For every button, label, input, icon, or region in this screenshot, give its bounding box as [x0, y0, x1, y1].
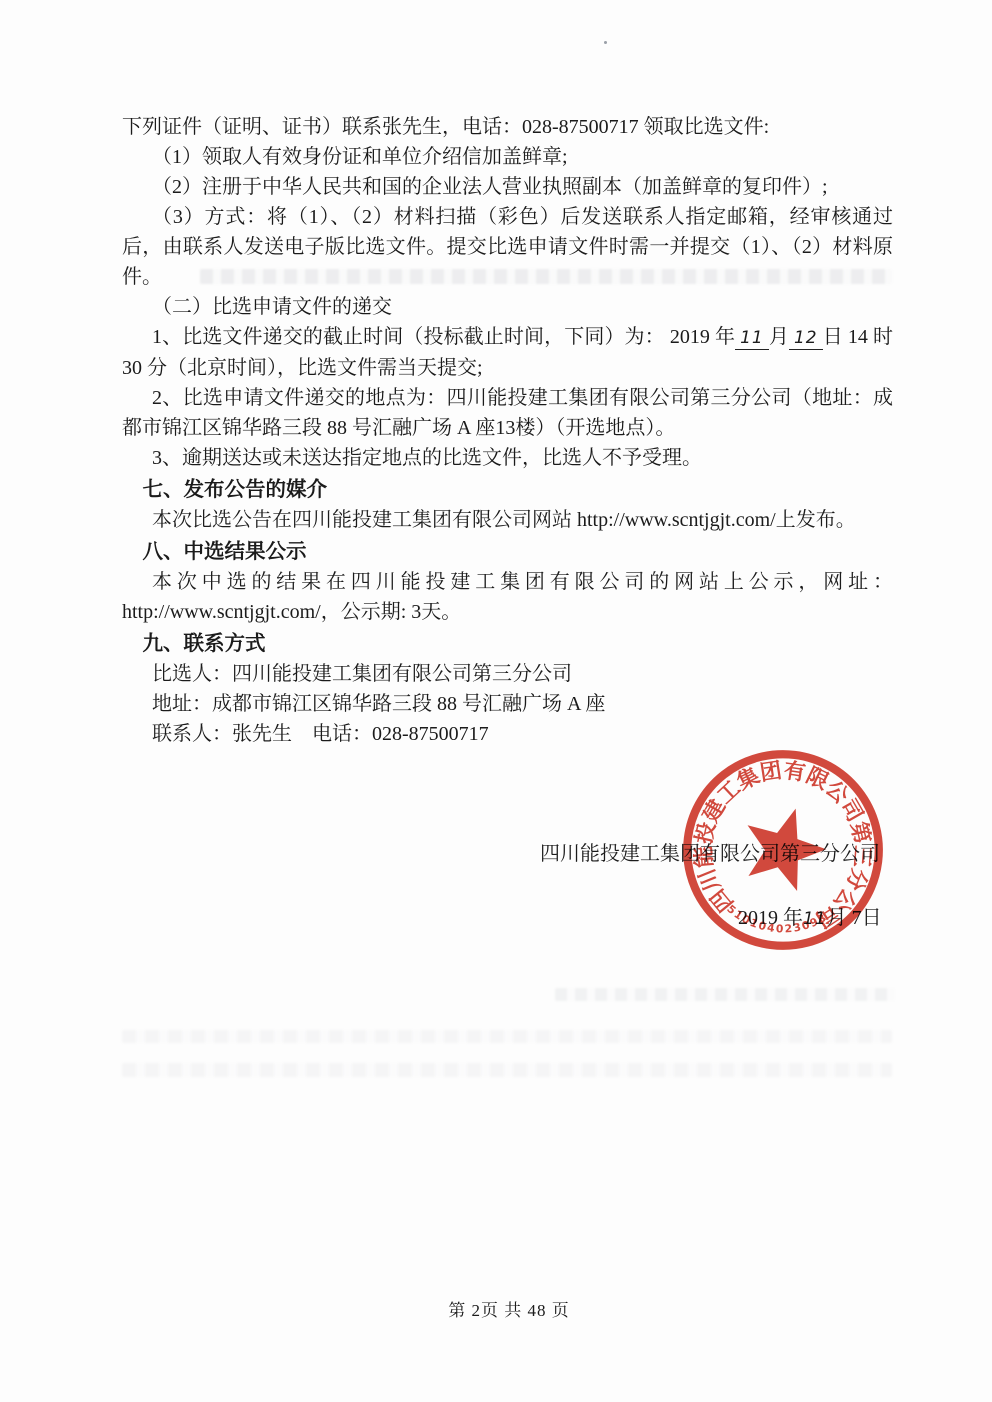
company-seal-stamp: 四川能投建工集团有限公司第三分公司 5101040230932: [680, 747, 886, 953]
list-item-certificate-1: （1）领取人有效身份证和单位介绍信加盖鲜章;: [122, 142, 893, 172]
list-item-certificate-2: （2）注册于中华人民共和国的企业法人营业执照副本（加盖鲜章的复印件）;: [122, 172, 893, 202]
paragraph-location: 2、比选申请文件递交的地点为：四川能投建工集团有限公司第三分公司（地址：成都市锦…: [122, 383, 893, 443]
section-8-body: 本次中选的结果在四川能投建工集团有限公司的网站上公示，网址：http://www…: [122, 567, 893, 627]
scan-bleedthrough-artifact: [122, 1063, 892, 1077]
paragraph-overdue: 3、逾期送达或未送达指定地点的比选文件，比选人不予受理。: [122, 443, 893, 473]
heading-section-8: 八、中选结果公示: [122, 537, 893, 567]
heading-section-9: 九、联系方式: [122, 629, 893, 659]
handwritten-day-value: 12: [789, 328, 823, 350]
contact-person-line: 联系人：张先生 电话：028-87500717: [122, 719, 893, 749]
scan-bleedthrough-artifact: [122, 1030, 892, 1043]
paragraph-deadline: 1、比选文件递交的截止时间（投标截止时间，下同）为： 2019 年11月12日 …: [122, 322, 893, 383]
contact-bidder-line: 比选人：四川能投建工集团有限公司第三分公司: [122, 659, 893, 689]
subsection-heading-submission: （二）比选申请文件的递交: [122, 292, 893, 322]
document-body: 下列证件（证明、证书）联系张先生，电话：028-87500717 领取比选文件:…: [122, 112, 893, 749]
scan-bleedthrough-artifact: [200, 269, 892, 284]
section-7-body: 本次比选公告在四川能投建工集团有限公司网站 http://www.scntjgj…: [122, 505, 893, 535]
deadline-text-mid: 月: [769, 326, 789, 348]
deadline-text-pre: 1、比选文件递交的截止时间（投标截止时间，下同）为： 2019 年: [152, 326, 735, 348]
scan-speck: [604, 41, 607, 44]
handwritten-month-value: 11: [735, 328, 769, 350]
scanned-document-page: 下列证件（证明、证书）联系张先生，电话：028-87500717 领取比选文件:…: [0, 0, 992, 1402]
seal-star-icon: [740, 803, 830, 894]
heading-section-7: 七、发布公告的媒介: [122, 475, 893, 505]
paragraph-certificates: 下列证件（证明、证书）联系张先生，电话：028-87500717 领取比选文件:: [122, 112, 893, 142]
scan-bleedthrough-artifact: [555, 988, 895, 1001]
contact-address-line: 地址：成都市锦江区锦华路三段 88 号汇融广场 A 座: [122, 689, 893, 719]
page-footer: 第 2页 共 48 页: [0, 1296, 992, 1321]
